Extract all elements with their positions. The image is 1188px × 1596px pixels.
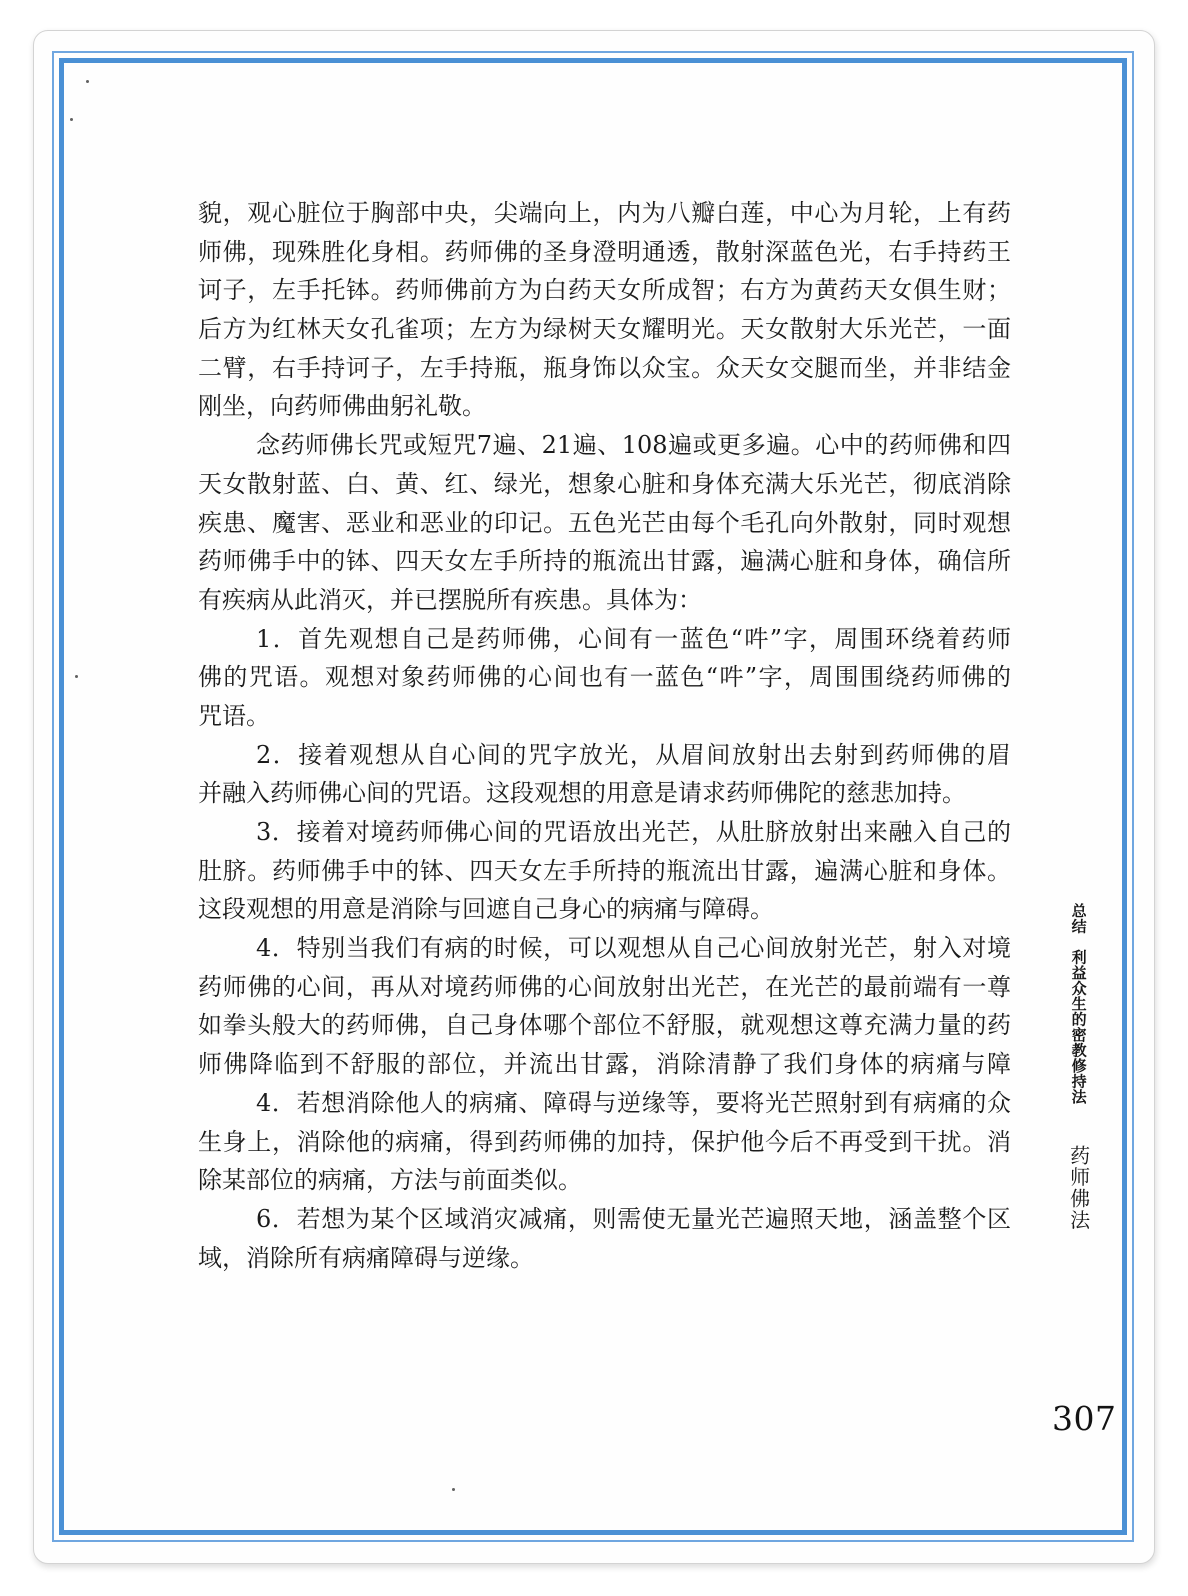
text-line: 咒语。 bbox=[198, 697, 1011, 736]
text-line: 药师佛手中的钵、四天女左手所持的瓶流出甘露，遍满心脏和身体，确信所 bbox=[198, 542, 1011, 581]
body-text: 貌，观心脏位于胸部中央，尖端向上，内为八瓣白莲，中心为月轮，上有药师佛，现殊胜化… bbox=[198, 194, 1011, 1277]
text-line: 师佛降临到不舒服的部位，并流出甘露，消除清静了我们身体的病痛与障碍。 bbox=[198, 1045, 1011, 1084]
text-line: 1．首先观想自己是药师佛，心间有一蓝色“吽”字，周围环绕着药师 bbox=[198, 620, 1011, 659]
text-line: 天女散射蓝、白、黄、红、绿光，想象心脏和身体充满大乐光芒，彻底消除 bbox=[198, 465, 1011, 504]
text-line: 貌，观心脏位于胸部中央，尖端向上，内为八瓣白莲，中心为月轮，上有药 bbox=[198, 194, 1011, 233]
paragraph: 3．接着对境药师佛心间的咒语放出光芒，从肚脐放射出来融入自己的肚脐。药师佛手中的… bbox=[198, 813, 1011, 929]
paragraph: 4．特别当我们有病的时候，可以观想从自己心间放射光芒，射入对境药师佛的心间，再从… bbox=[198, 929, 1011, 1084]
text-line: 师佛，现殊胜化身相。药师佛的圣身澄明通透，散射深蓝色光，右手持药王 bbox=[198, 233, 1011, 272]
paragraph: 2．接着观想从自心间的咒字放光，从眉间放射出去射到药师佛的眉间，并融入药师佛心间… bbox=[198, 736, 1011, 813]
text-line: 药师佛的心间，再从对境药师佛的心间放射出光芒，在光芒的最前端有一尊 bbox=[198, 968, 1011, 1007]
text-line: 域，消除所有病痛障碍与逆缘。 bbox=[198, 1239, 1011, 1278]
text-line: 这段观想的用意是消除与回遮自己身心的病痛与障碍。 bbox=[198, 890, 1011, 929]
text-line: 肚脐。药师佛手中的钵、四天女左手所持的瓶流出甘露，遍满心脏和身体。 bbox=[198, 852, 1011, 891]
scan-speck bbox=[75, 675, 78, 678]
text-line: 除某部位的病痛，方法与前面类似。 bbox=[198, 1161, 1011, 1200]
text-line: 念药师佛长咒或短咒7遍、21遍、108遍或更多遍。心中的药师佛和四 bbox=[198, 426, 1011, 465]
paragraph: 4．若想消除他人的病痛、障碍与逆缘等，要将光芒照射到有病痛的众生身上，消除他的病… bbox=[198, 1084, 1011, 1200]
book-page: 貌，观心脏位于胸部中央，尖端向上，内为八瓣白莲，中心为月轮，上有药师佛，现殊胜化… bbox=[33, 30, 1155, 1564]
scan-speck bbox=[70, 118, 73, 121]
text-line: 4．特别当我们有病的时候，可以观想从自己心间放射光芒，射入对境 bbox=[198, 929, 1011, 968]
text-line: 6．若想为某个区域消灾减痛，则需使无量光芒遍照天地，涵盖整个区 bbox=[198, 1200, 1011, 1239]
text-line: 4．若想消除他人的病痛、障碍与逆缘等，要将光芒照射到有病痛的众 bbox=[198, 1084, 1011, 1123]
text-line: 并融入药师佛心间的咒语。这段观想的用意是请求药师佛陀的慈悲加持。 bbox=[198, 774, 1011, 813]
text-line: 二臂，右手持诃子，左手持瓶，瓶身饰以众宝。众天女交腿而坐，并非结金 bbox=[198, 349, 1011, 388]
page-number: 307 bbox=[1052, 1399, 1117, 1438]
scan-speck bbox=[452, 1488, 455, 1491]
text-line: 佛的咒语。观想对象药师佛的心间也有一蓝色“吽”字，周围围绕药师佛的 bbox=[198, 658, 1011, 697]
text-line: 刚坐，向药师佛曲躬礼敬。 bbox=[198, 387, 1011, 426]
text-line: 2．接着观想从自心间的咒字放光，从眉间放射出去射到药师佛的眉间， bbox=[198, 736, 1011, 775]
paragraph: 念药师佛长咒或短咒7遍、21遍、108遍或更多遍。心中的药师佛和四天女散射蓝、白… bbox=[198, 426, 1011, 619]
section-title: 药师佛法 bbox=[1067, 1145, 1091, 1231]
text-line: 3．接着对境药师佛心间的咒语放出光芒，从肚脐放射出来融入自己的 bbox=[198, 813, 1011, 852]
paragraph: 1．首先观想自己是药师佛，心间有一蓝色“吽”字，周围环绕着药师佛的咒语。观想对象… bbox=[198, 620, 1011, 736]
paragraph: 貌，观心脏位于胸部中央，尖端向上，内为八瓣白莲，中心为月轮，上有药师佛，现殊胜化… bbox=[198, 194, 1011, 426]
running-title: 总结 利益众生的密教修持法 bbox=[1070, 903, 1088, 1105]
margin-caption: 总结 利益众生的密教修持法 药师佛法 bbox=[1067, 903, 1089, 1231]
text-line: 疾患、魔害、恶业和恶业的印记。五色光芒由每个毛孔向外散射，同时观想 bbox=[198, 504, 1011, 543]
text-line: 生身上，消除他的病痛，得到药师佛的加持，保护他今后不再受到干扰。消 bbox=[198, 1123, 1011, 1162]
text-line: 诃子，左手托钵。药师佛前方为白药天女所成智；右方为黄药天女俱生财； bbox=[198, 271, 1011, 310]
text-line: 如拳头般大的药师佛，自己身体哪个部位不舒服，就观想这尊充满力量的药 bbox=[198, 1006, 1011, 1045]
paragraph: 6．若想为某个区域消灾减痛，则需使无量光芒遍照天地，涵盖整个区域，消除所有病痛障… bbox=[198, 1200, 1011, 1277]
text-line: 后方为红林天女孔雀项；左方为绿树天女耀明光。天女散射大乐光芒，一面 bbox=[198, 310, 1011, 349]
text-line: 有疾病从此消灭，并已摆脱所有疾患。具体为： bbox=[198, 581, 1011, 620]
scan-speck bbox=[86, 80, 89, 83]
